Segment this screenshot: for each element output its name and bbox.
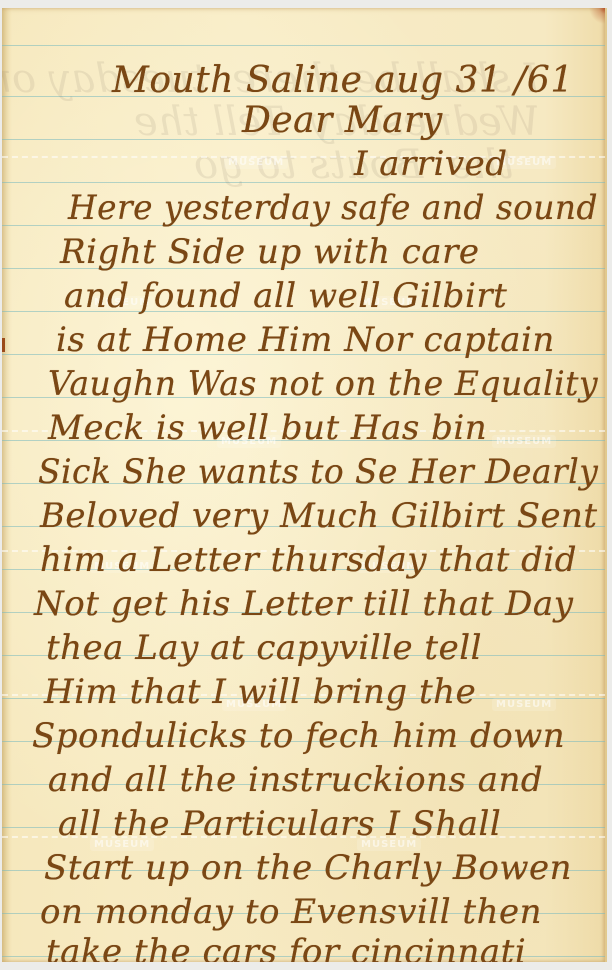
- letter-line: take the cars for cincinnati: [46, 932, 526, 962]
- letter-line: Here yesterday safe and sound: [68, 188, 598, 228]
- edge-stain: [2, 338, 5, 352]
- letter-line: Not get his Letter till that Day: [34, 584, 573, 624]
- corner-stain: [585, 8, 605, 28]
- letter-line: Him that I will bring the: [44, 672, 476, 712]
- letter-line: is at Home Him Nor captain: [56, 320, 555, 360]
- museum-watermark: MUSEUM: [492, 698, 556, 711]
- letter-line: Start up on the Charly Bowen: [44, 848, 572, 888]
- letter-line: Sick She wants to Se Her Dearly: [38, 452, 598, 492]
- letter-line: Right Side up with care: [60, 232, 479, 272]
- museum-watermark: MUSEUM: [224, 156, 288, 169]
- letter-line: and found all well Gilbirt: [64, 276, 507, 316]
- letter-line: Spondulicks to fech him down: [32, 716, 565, 756]
- letter-line: on monday to Evensvill then: [40, 892, 542, 932]
- museum-watermark: MUSEUM: [492, 435, 556, 448]
- letter-line: Vaughn Was not on the Equality: [48, 364, 598, 404]
- letter-line: him a Letter thursday that did: [40, 540, 577, 580]
- letter-line: I arrived: [354, 144, 507, 184]
- letter-line: and all the instruckions and: [48, 760, 543, 800]
- letter-heading-place-date: Mouth Saline aug 31 /61: [112, 60, 574, 101]
- letter-line: all the Particulars I Shall: [58, 804, 501, 844]
- letter-line: thea Lay at capyville tell: [46, 628, 482, 668]
- letter-page: I shall be there tuesday or Wednesday Te…: [2, 8, 607, 962]
- letter-line: Meck is well but Has bin: [48, 408, 487, 448]
- letter-line: Beloved very Much Gilbirt Sent: [40, 496, 598, 536]
- letter-salutation: Dear Mary: [242, 100, 443, 141]
